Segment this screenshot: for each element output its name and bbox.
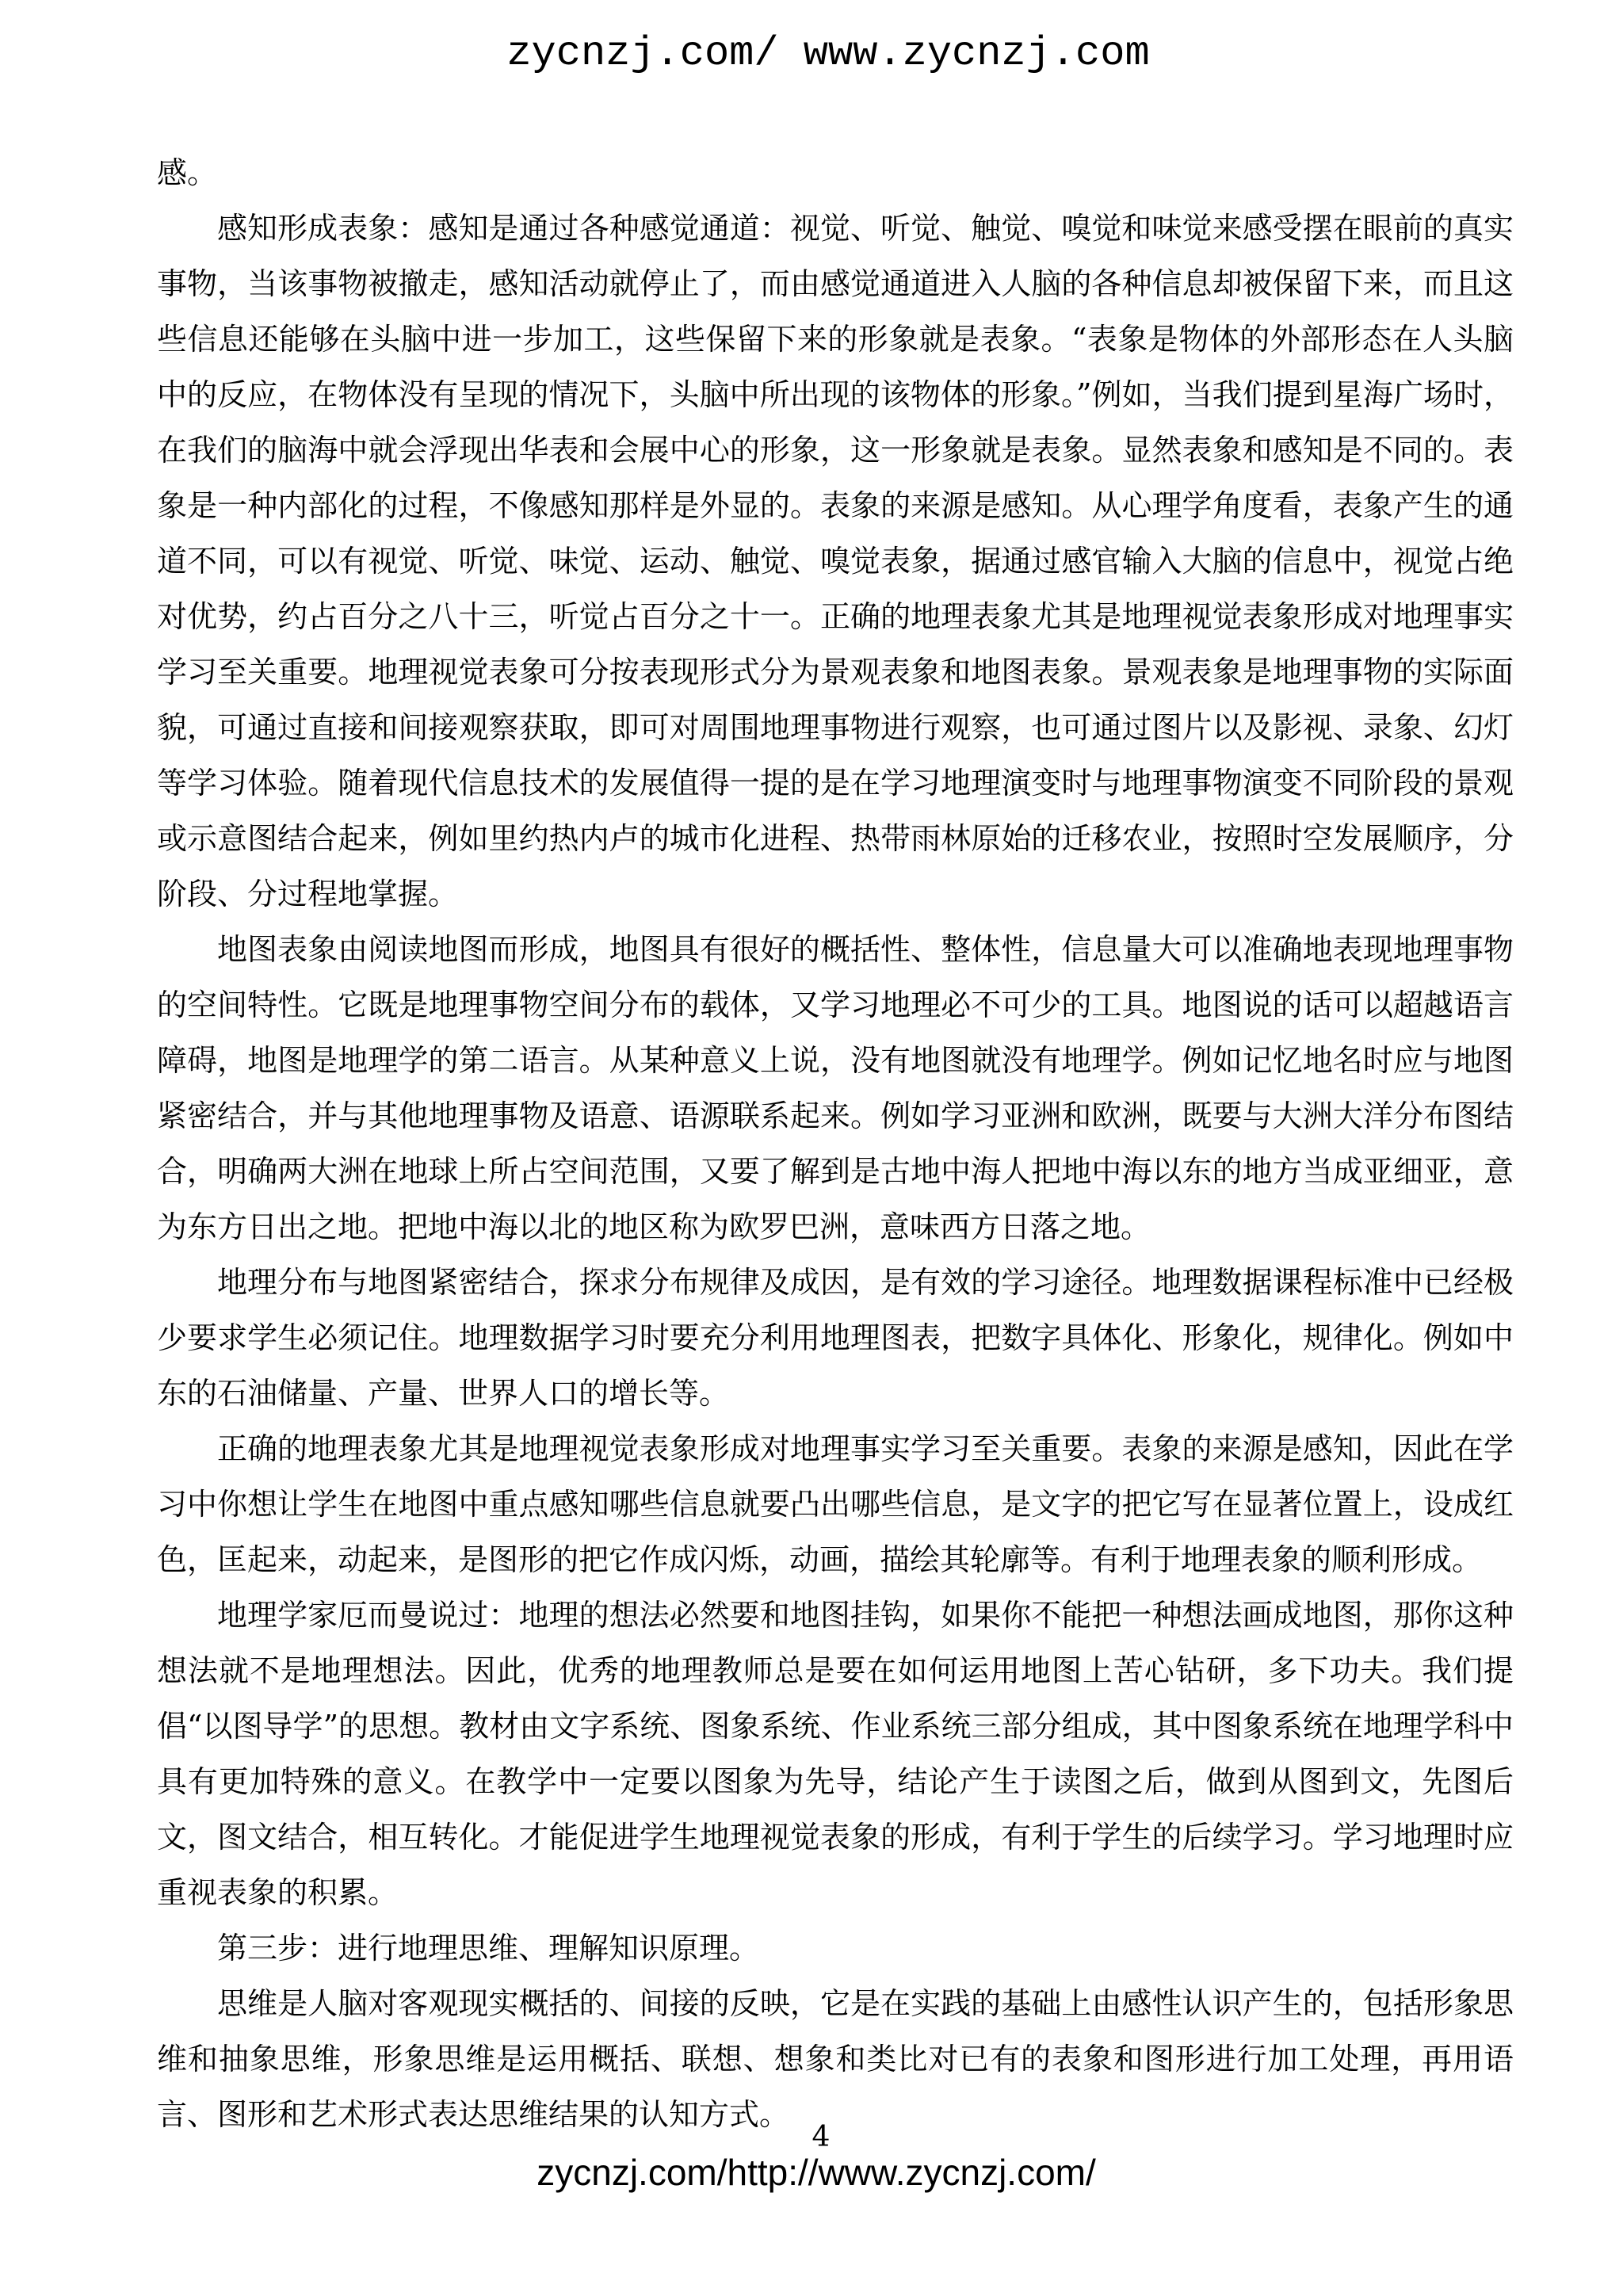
document-page: zycnzj.com/ www.zycnzj.com 感。 感知形成表象：感知是…: [0, 0, 1623, 2296]
paragraph-map-representation: 地图表象由阅读地图而形成，地图具有很好的概括性、整体性，信息量大可以准确地表现地…: [157, 922, 1514, 1255]
paragraph-distribution-and-maps: 地理分布与地图紧密结合，探求分布规律及成因，是有效的学习途径。地理数据课程标准中…: [157, 1255, 1514, 1421]
paragraph-continuation: 感。: [157, 145, 1514, 201]
paragraph-thinking-definition: 思维是人脑对客观现实概括的、间接的反映，它是在实践的基础上由感性认识产生的，包括…: [157, 1976, 1514, 2142]
paragraph-step-three-heading: 第三步：进行地理思维、理解知识原理。: [157, 1920, 1514, 1976]
footer-watermark: zycnzj.com/http://www.zycnzj.com/: [5, 2151, 1623, 2194]
paragraph-perception-representation: 感知形成表象：感知是通过各种感觉通道：视觉、听觉、触觉、嗅觉和味觉来感受摆在眼前…: [157, 201, 1514, 922]
paragraph-geographer-quote: 地理学家厄而曼说过：地理的想法必然要和地图挂钩，如果你不能把一种想法画成地图，那…: [157, 1587, 1514, 1920]
header-watermark: zycnzj.com/ www.zycnzj.com: [17, 30, 1623, 78]
page-number: 4: [10, 2121, 1623, 2154]
paragraph-correct-visual-representation: 正确的地理表象尤其是地理视觉表象形成对地理事实学习至关重要。表象的来源是感知，因…: [157, 1421, 1514, 1587]
document-body: 感。 感知形成表象：感知是通过各种感觉通道：视觉、听觉、触觉、嗅觉和味觉来感受摆…: [157, 145, 1514, 2142]
